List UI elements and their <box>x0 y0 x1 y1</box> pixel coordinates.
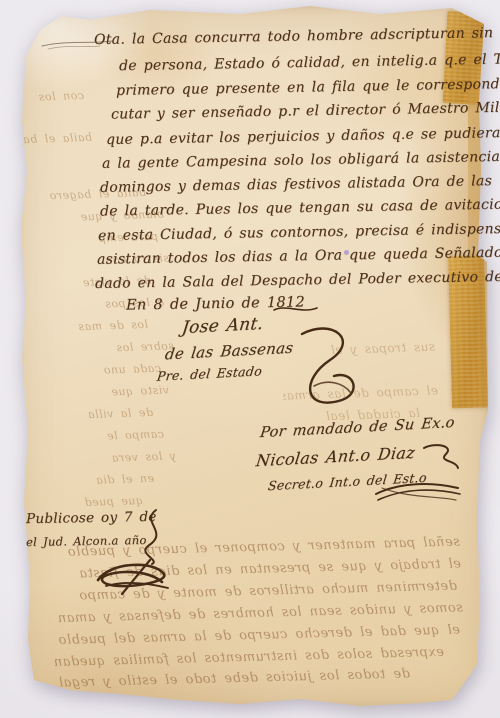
ink-blot <box>344 250 349 255</box>
date-flourish <box>272 302 320 316</box>
bleed-through-line: con los <box>24 89 84 104</box>
bleed-through-line: baila el bagero <box>22 131 92 146</box>
rubric-flourish-icon <box>284 326 370 418</box>
rubric-underline-icon <box>372 478 464 506</box>
photo-stage: con los baila el bagero baila el bagero … <box>0 0 500 718</box>
rubric-z-icon <box>420 442 462 474</box>
scribble-rubric-icon <box>92 554 178 598</box>
marginal-note-line: el Jud. Alcon.a año <box>26 533 147 549</box>
